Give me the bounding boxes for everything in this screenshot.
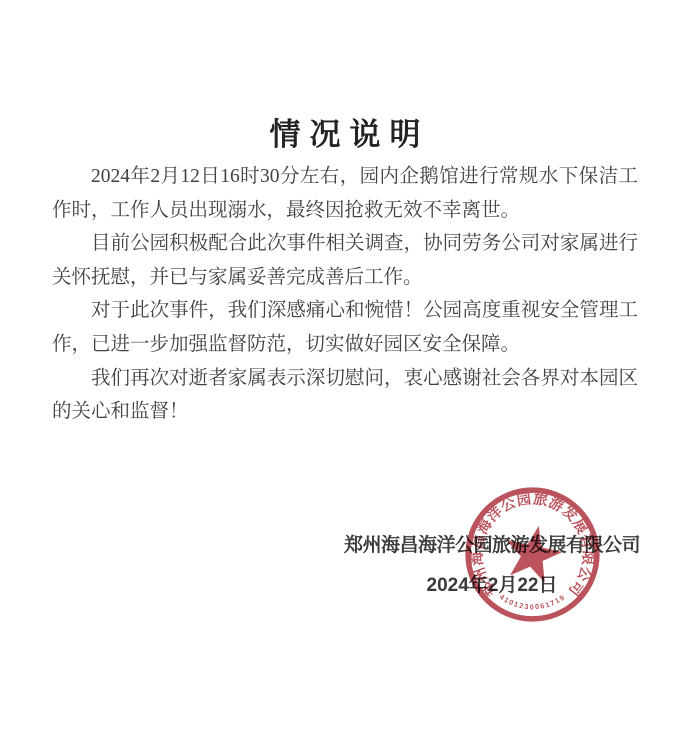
- document-title: 情况说明: [0, 109, 690, 154]
- signature-block: 郑州海昌海洋公园旅游发展有限公司 2024年2月22日: [352, 530, 632, 597]
- company-name: 郑州海昌海洋公园旅游发展有限公司: [344, 530, 640, 557]
- paragraph-safety: 对于此次事件，我们深感痛心和惋惜！公园高度重视安全管理工作，已进一步加强监督防范…: [52, 294, 638, 361]
- statement-document: 情况说明 2024年2月12日16时30分左右，园内企鹅馆进行常规水下保洁工作时…: [0, 0, 690, 737]
- paragraph-condolence: 我们再次对逝者家属表示深切慰问，衷心感谢社会各界对本园区的关心和监督！: [52, 362, 638, 429]
- paragraph-investigation: 目前公园积极配合此次事件相关调查，协同劳务公司对家属进行关怀抚慰，并已与家属妥善…: [52, 227, 638, 294]
- document-body: 2024年2月12日16时30分左右，园内企鹅馆进行常规水下保洁工作时，工作人员…: [52, 160, 638, 429]
- signature-date: 2024年2月22日: [427, 570, 558, 597]
- paragraph-incident: 2024年2月12日16时30分左右，园内企鹅馆进行常规水下保洁工作时，工作人员…: [52, 160, 638, 227]
